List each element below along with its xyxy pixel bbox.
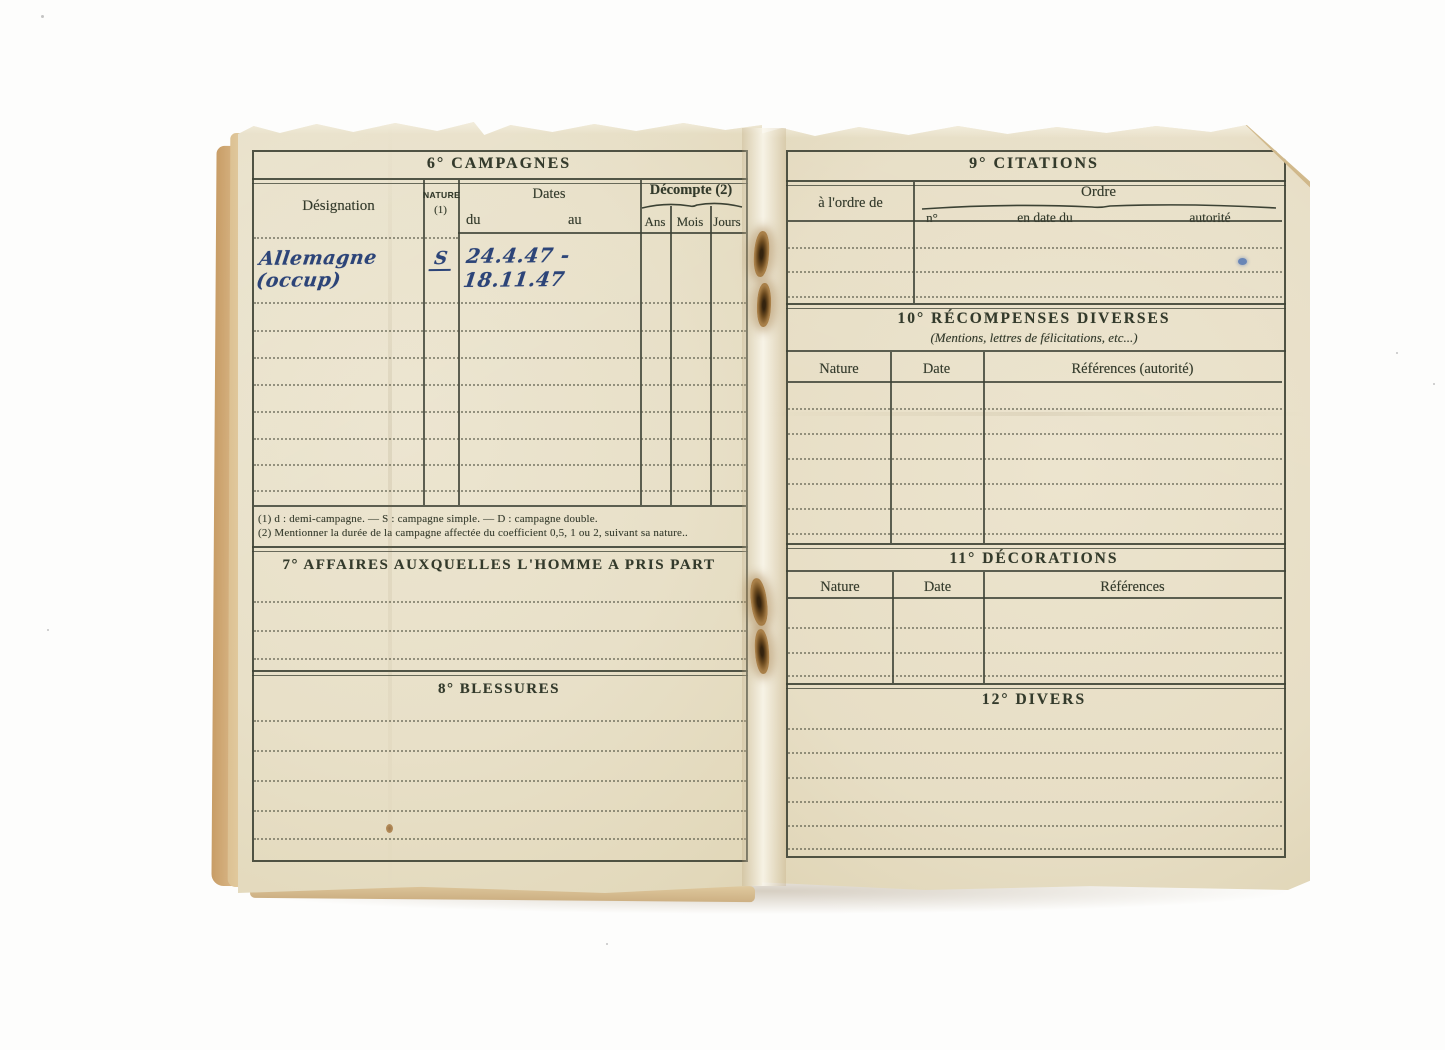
ruled-line bbox=[788, 777, 1282, 779]
section-7-title: 7° AFFAIRES AUXQUELLES L'HOMME A PRIS PA… bbox=[254, 557, 744, 574]
footnote-1: (1) d : demi-campagne. — S : campagne si… bbox=[258, 513, 742, 525]
column-header-ordre: Ordre bbox=[913, 184, 1284, 201]
table-row-line bbox=[254, 490, 746, 492]
table-row-line bbox=[788, 296, 1282, 298]
column-header-jours: Jours bbox=[708, 214, 746, 230]
dust-speck bbox=[41, 15, 44, 18]
column-header-mois: Mois bbox=[670, 214, 710, 230]
ink-blot bbox=[1238, 258, 1247, 265]
column-line bbox=[458, 180, 460, 505]
table-row-line bbox=[788, 675, 1282, 677]
rule bbox=[786, 303, 1286, 309]
ruled-line bbox=[254, 720, 746, 722]
ruled-line bbox=[254, 750, 746, 752]
entry-designation-handwriting: Allemagne (occup) bbox=[255, 246, 433, 292]
ruled-line bbox=[788, 848, 1282, 850]
table-row-line bbox=[788, 652, 1282, 654]
decompte-brace bbox=[640, 201, 744, 210]
column-header-no: n° bbox=[912, 210, 952, 226]
ruled-line bbox=[788, 728, 1282, 730]
column-header-date: Date bbox=[890, 361, 983, 378]
column-header-ans: Ans bbox=[640, 214, 670, 230]
scanned-booklet-photo: 6° CAMPAGNES Désignation NATURE (1) Date… bbox=[0, 0, 1445, 1050]
column-header-nature: NATURE bbox=[423, 190, 458, 200]
column-header-du: du bbox=[466, 212, 496, 229]
paper-stain bbox=[386, 824, 393, 833]
column-header-autorite: autorité bbox=[1150, 210, 1270, 226]
column-header-designation: Désignation bbox=[254, 198, 423, 215]
ruled-line bbox=[254, 838, 746, 840]
header-underline bbox=[788, 381, 1282, 383]
table-row-line bbox=[788, 433, 1282, 435]
column-header-nature: Nature bbox=[788, 579, 892, 596]
ruled-line bbox=[254, 601, 746, 603]
rule bbox=[786, 570, 1286, 572]
table-row-line bbox=[254, 464, 746, 466]
table-row-line bbox=[254, 411, 746, 413]
header-underline bbox=[788, 220, 1282, 222]
column-header-en-date-du: en date du bbox=[980, 210, 1110, 226]
table-row-line bbox=[788, 247, 1282, 249]
header-underline bbox=[458, 232, 746, 234]
ruled-line bbox=[254, 658, 746, 660]
table-row-line bbox=[254, 438, 746, 440]
dust-speck bbox=[1433, 383, 1435, 385]
column-line bbox=[423, 180, 425, 505]
table-row-line bbox=[254, 302, 746, 304]
rule bbox=[786, 543, 1286, 549]
column-line bbox=[670, 206, 672, 505]
ruled-line bbox=[788, 801, 1282, 803]
column-header-nature-ref: (1) bbox=[423, 204, 458, 216]
right-page: 9° CITATIONS à l'ordre de Ordre n° en da… bbox=[760, 124, 1310, 890]
column-header-date: Date bbox=[892, 579, 983, 596]
header-underline bbox=[788, 597, 1282, 599]
rule bbox=[252, 670, 748, 676]
column-line bbox=[710, 206, 712, 505]
table-row-line bbox=[788, 483, 1282, 485]
table-row-line bbox=[788, 533, 1282, 535]
table-row-line bbox=[788, 408, 1282, 410]
section-12-title: 12° DIVERS bbox=[788, 691, 1280, 709]
rule bbox=[786, 683, 1286, 689]
section-8-title: 8° BLESSURES bbox=[254, 681, 744, 698]
dust-speck bbox=[1396, 352, 1398, 354]
table-row-line bbox=[788, 627, 1282, 629]
ruled-line bbox=[254, 810, 746, 812]
column-header-references: Références (autorité) bbox=[983, 361, 1282, 378]
column-header-references: Références bbox=[983, 579, 1282, 596]
section-9-title: 9° CITATIONS bbox=[788, 155, 1280, 173]
rule bbox=[252, 546, 748, 552]
ruled-line bbox=[788, 825, 1282, 827]
entry-dates-handwriting: 24.4.47 - 18.11.47 bbox=[462, 242, 651, 292]
entry-nature-handwriting: S bbox=[428, 248, 453, 271]
column-header-decompte: Décompte (2) bbox=[636, 182, 746, 199]
ruled-line bbox=[788, 752, 1282, 754]
column-header-nature: Nature bbox=[788, 361, 890, 378]
section-10-subtitle: (Mentions, lettres de félicitations, etc… bbox=[788, 330, 1280, 346]
table-row-line bbox=[788, 458, 1282, 460]
column-header-au: au bbox=[568, 212, 598, 229]
rule bbox=[786, 350, 1286, 352]
footnote-2: (2) Mentionner la durée de la campagne a… bbox=[258, 527, 742, 539]
header-underline bbox=[254, 237, 458, 239]
section-6-title: 6° CAMPAGNES bbox=[254, 155, 744, 173]
table-row-line bbox=[788, 508, 1282, 510]
ruled-line bbox=[254, 780, 746, 782]
table-bottom-line bbox=[254, 505, 746, 507]
column-header-dates: Dates bbox=[458, 186, 640, 203]
section-11-title: 11° DÉCORATIONS bbox=[788, 550, 1280, 568]
left-page: 6° CAMPAGNES Désignation NATURE (1) Date… bbox=[238, 120, 762, 893]
table-row-line bbox=[788, 271, 1282, 273]
section-10-title: 10° RÉCOMPENSES DIVERSES bbox=[788, 310, 1280, 328]
table-row-line bbox=[254, 384, 746, 386]
dust-speck bbox=[47, 629, 49, 631]
dust-speck bbox=[606, 943, 608, 945]
ruled-line bbox=[254, 630, 746, 632]
table-row-line bbox=[254, 330, 746, 332]
table-row-line bbox=[254, 357, 746, 359]
column-header-a-l-ordre-de: à l'ordre de bbox=[788, 195, 913, 212]
